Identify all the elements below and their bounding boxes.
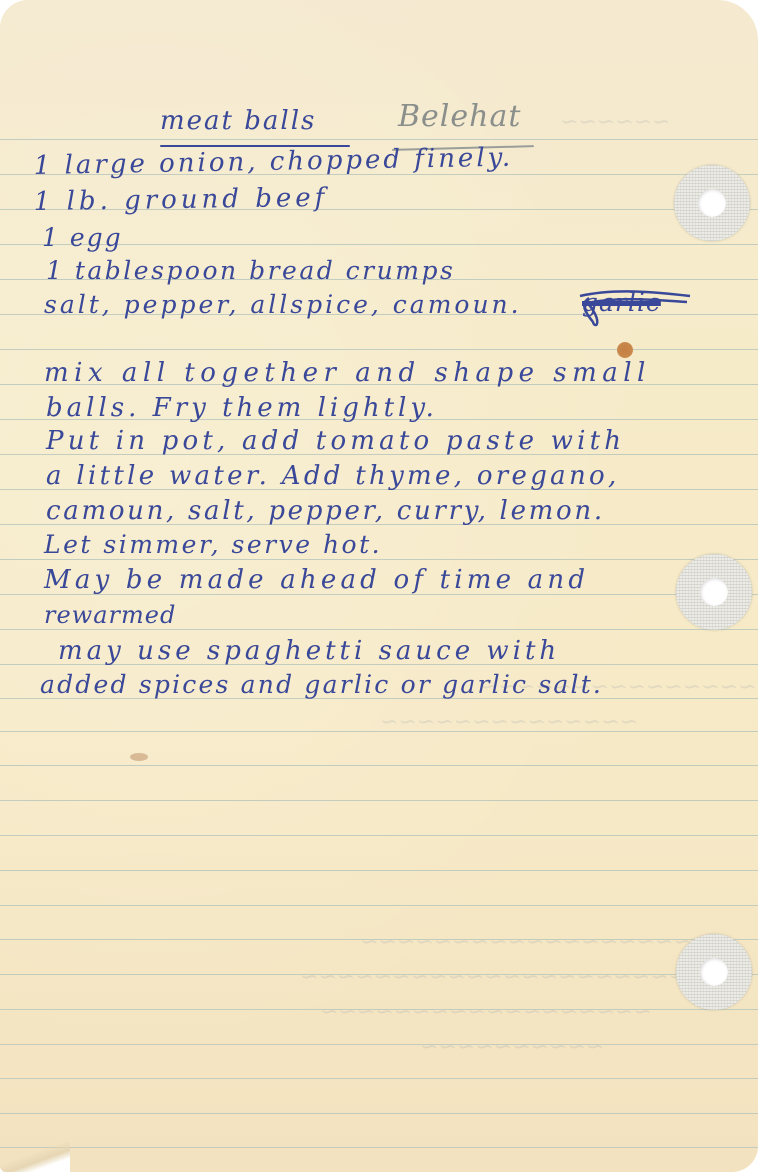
ingredient-line: 1 large onion, chopped finely.: [34, 145, 514, 179]
worn-corner: [0, 1142, 70, 1172]
bleed-through-text: ~~~~~~~~~~~~~~~~~~~: [360, 930, 710, 955]
ruled-line: [0, 1147, 758, 1148]
instruction-line: May be made ahead of time and: [44, 567, 589, 593]
instruction-line: rewarmed: [44, 603, 176, 627]
instruction-line: mix all together and shape small: [44, 360, 651, 386]
instruction-line: Put in pot, add tomato paste with: [46, 428, 625, 454]
ruled-line: [0, 800, 758, 801]
stain-spot: [617, 342, 633, 358]
ingredient-line: salt, pepper, allspice, camoun.: [44, 292, 522, 317]
recipe-title: meat balls: [160, 108, 316, 134]
bleed-through-text: ~~~~~~: [560, 110, 671, 135]
instruction-line: Let simmer, serve hot.: [44, 532, 382, 557]
binder-hole: [676, 934, 752, 1010]
ruled-line: [0, 731, 758, 732]
binder-hole: [676, 554, 752, 630]
ruled-line: [0, 1044, 758, 1045]
ingredient-line: 1 lb. ground beef: [34, 185, 329, 215]
ruled-line: [0, 905, 758, 906]
ruled-line: [0, 1078, 758, 1079]
instruction-line: may use spaghetti sauce with: [58, 638, 560, 664]
binder-hole: [674, 165, 750, 241]
bleed-through-text: ~~~~~~~~~~~~~~~~~~: [320, 1000, 652, 1025]
scribble-strikeout: [575, 282, 695, 332]
bleed-through-text: ~~~~~~~~~~~~~~~~~~~~~: [300, 965, 687, 990]
ruled-line: [0, 835, 758, 836]
ruled-line: [0, 870, 758, 871]
ruled-line: [0, 629, 758, 630]
ingredient-line: 1 egg: [42, 225, 123, 250]
pencil-annotation: Belehat: [398, 102, 521, 132]
ruled-line: [0, 349, 758, 350]
instruction-line: balls. Fry them lightly.: [46, 395, 438, 421]
instruction-line: a little water. Add thyme, oregano,: [46, 463, 620, 489]
bleed-through-text: ~~~~~~~~~~: [420, 1035, 604, 1060]
ruled-line: [0, 559, 758, 560]
ingredient-line: 1 tablespoon bread crumps: [46, 258, 455, 283]
instruction-line: camoun, salt, pepper, curry, lemon.: [46, 498, 605, 524]
ruled-line: [0, 139, 758, 140]
ruled-line: [0, 765, 758, 766]
instruction-line: added spices and garlic or garlic salt.: [40, 672, 603, 697]
stain-spot: [130, 753, 148, 761]
recipe-card: ~~~~~~ ~~~~~~~~~~~~~~~~~~ ~~~~~~~~~~~~~~…: [0, 0, 758, 1172]
bleed-through-text: ~~~~~~~~~~~~~~: [380, 710, 638, 735]
ruled-line: [0, 1113, 758, 1114]
